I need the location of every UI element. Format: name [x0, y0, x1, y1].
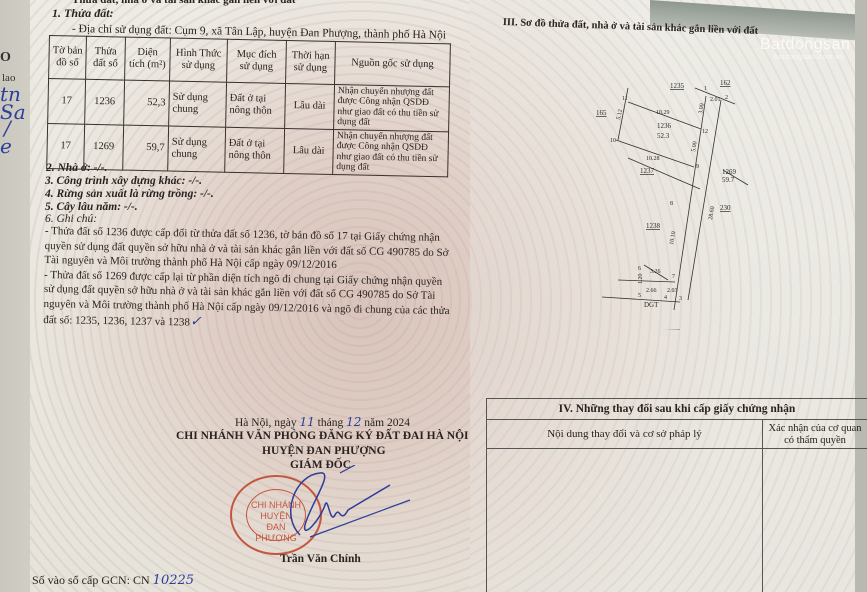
svg-text:1238: 1238	[646, 222, 661, 230]
svg-text:7: 7	[672, 274, 675, 280]
note-paragraph: - Thửa đất số 1236 được cấp đổi từ thửa …	[44, 224, 455, 275]
cell-use-term: Lâu dài	[285, 83, 335, 129]
check-mark: ✓	[190, 313, 202, 329]
cell-parcel-no: 1236	[85, 79, 125, 125]
item-production-forest: 4. Rừng sản xuất là rừng trồng: -/-.	[45, 188, 214, 200]
svg-text:3.00: 3.00	[698, 103, 706, 114]
col-use-term: Thời hạn sử dụng	[286, 40, 336, 84]
svg-text:11: 11	[622, 96, 628, 102]
col-area: Diện tích (m²)	[125, 37, 171, 81]
svg-text:10.29: 10.29	[656, 110, 670, 116]
office-name: CHI NHÁNH VĂN PHÒNG ĐĂNG KÝ ĐẤT ĐAI HÀ N…	[176, 430, 469, 442]
office-district: HUYỆN ĐAN PHƯỢNG	[262, 445, 386, 457]
col-origin: Nguồn gốc sử dụng	[335, 41, 451, 86]
cell-use-purpose: Đất ở tại nông thôn	[226, 82, 286, 128]
svg-text:2.66: 2.66	[646, 288, 657, 294]
cell-use-purpose: Đất ở tại nông thôn	[225, 127, 285, 173]
svg-text:230: 230	[720, 204, 731, 212]
svg-text:5: 5	[638, 293, 641, 299]
issue-month: 12	[346, 415, 361, 429]
section-1-title: 1. Thửa đất:	[52, 6, 114, 21]
svg-text:1269: 1269	[722, 168, 737, 176]
svg-text:59.7: 59.7	[722, 176, 735, 184]
item-perennial-trees: 5. Cây lâu năm: -/-.	[45, 201, 138, 213]
cell-use-form: Sử dụng chung	[168, 126, 226, 172]
cell-origin: Nhận chuyển nhượng đất được Công nhận QS…	[333, 129, 449, 176]
svg-text:10.10: 10.10	[669, 231, 677, 245]
signature-scribble	[240, 465, 440, 545]
signer-name: Trần Văn Chính	[280, 553, 361, 565]
svg-text:DGT: DGT	[644, 301, 659, 309]
svg-text:1: 1	[704, 86, 707, 92]
svg-text:1237: 1237	[640, 167, 655, 175]
cell-map-sheet: 17	[48, 79, 86, 125]
change-content-cell	[487, 449, 763, 592]
parcel-sketch: 1235 162 165 1236 52.3 1237 1238 1269 59…	[580, 70, 800, 330]
cell-origin: Nhận chuyển nhượng đất được Công nhận QS…	[334, 84, 450, 131]
cell-area: 52,3	[124, 80, 170, 126]
margin-handwriting: e	[0, 134, 12, 158]
svg-text:8: 8	[670, 201, 673, 207]
svg-text:1.20: 1.20	[638, 274, 644, 285]
col-parcel-no: Thửa đất số	[86, 36, 126, 80]
svg-text:1236: 1236	[657, 122, 672, 130]
cell-use-form: Sử dụng chung	[169, 81, 227, 127]
changes-title: IV. Những thay đổi sau khi cấp giấy chứn…	[487, 399, 867, 420]
svg-text:6: 6	[638, 266, 641, 272]
watermark: Batdongsan batdongsan.com.vn	[760, 36, 850, 61]
col-use-purpose: Mục đích sử dụng	[227, 39, 287, 83]
col-map-sheet: Tờ bản đồ số	[49, 36, 87, 80]
svg-text:2.03: 2.03	[667, 288, 678, 294]
registry-number: 10225	[153, 573, 194, 588]
svg-text:9: 9	[696, 164, 699, 170]
col-use-form: Hình Thức sử dụng	[170, 38, 228, 82]
svg-text:5.12: 5.12	[616, 109, 624, 121]
item-house: 2. Nhà ở: -/-.	[46, 162, 107, 174]
svg-text:165: 165	[596, 109, 607, 117]
svg-text:3: 3	[679, 296, 682, 302]
svg-text:28.60: 28.60	[708, 206, 716, 220]
item-other-construction: 3. Công trình xây dựng khác: -/-.	[45, 175, 202, 187]
land-parcel-table: Tờ bản đồ số Thửa đất số Diện tích (m²) …	[46, 35, 451, 177]
issue-day: 11	[300, 415, 315, 429]
registry-line: Số vào sổ cấp GCN: CN 10225	[32, 573, 194, 588]
margin-fragment: O	[0, 50, 11, 66]
issue-date: Hà Nội, ngày 11 tháng 12 năm 2024	[235, 415, 410, 429]
svg-text:2: 2	[725, 95, 728, 101]
col-authority-confirmation: Xác nhận của cơ quan có thẩm quyền	[763, 420, 867, 448]
changes-body	[487, 449, 867, 592]
svg-text:3.26: 3.26	[650, 269, 661, 275]
notes-block: - Thửa đất số 1236 được cấp đổi từ thửa …	[43, 224, 455, 334]
col-change-content: Nội dung thay đổi và cơ sở pháp lý	[487, 420, 763, 448]
svg-text:4: 4	[664, 295, 667, 301]
svg-text:2.01: 2.01	[710, 97, 721, 103]
svg-text:10.28: 10.28	[646, 156, 660, 162]
cell-area: 59,7	[123, 125, 169, 171]
svg-text:52.3: 52.3	[657, 132, 670, 140]
cell-use-term: Lâu dài	[284, 128, 334, 174]
changes-header-row: Nội dung thay đổi và cơ sở pháp lý Xác n…	[487, 420, 867, 449]
changes-table: IV. Những thay đổi sau khi cấp giấy chứn…	[486, 398, 867, 592]
note-paragraph: - Thửa đất số 1269 được cấp lại từ phần …	[43, 268, 454, 335]
svg-text:10: 10	[610, 138, 616, 144]
svg-text:12: 12	[702, 129, 708, 135]
svg-text:162: 162	[720, 79, 731, 87]
svg-text:1235: 1235	[670, 82, 685, 90]
